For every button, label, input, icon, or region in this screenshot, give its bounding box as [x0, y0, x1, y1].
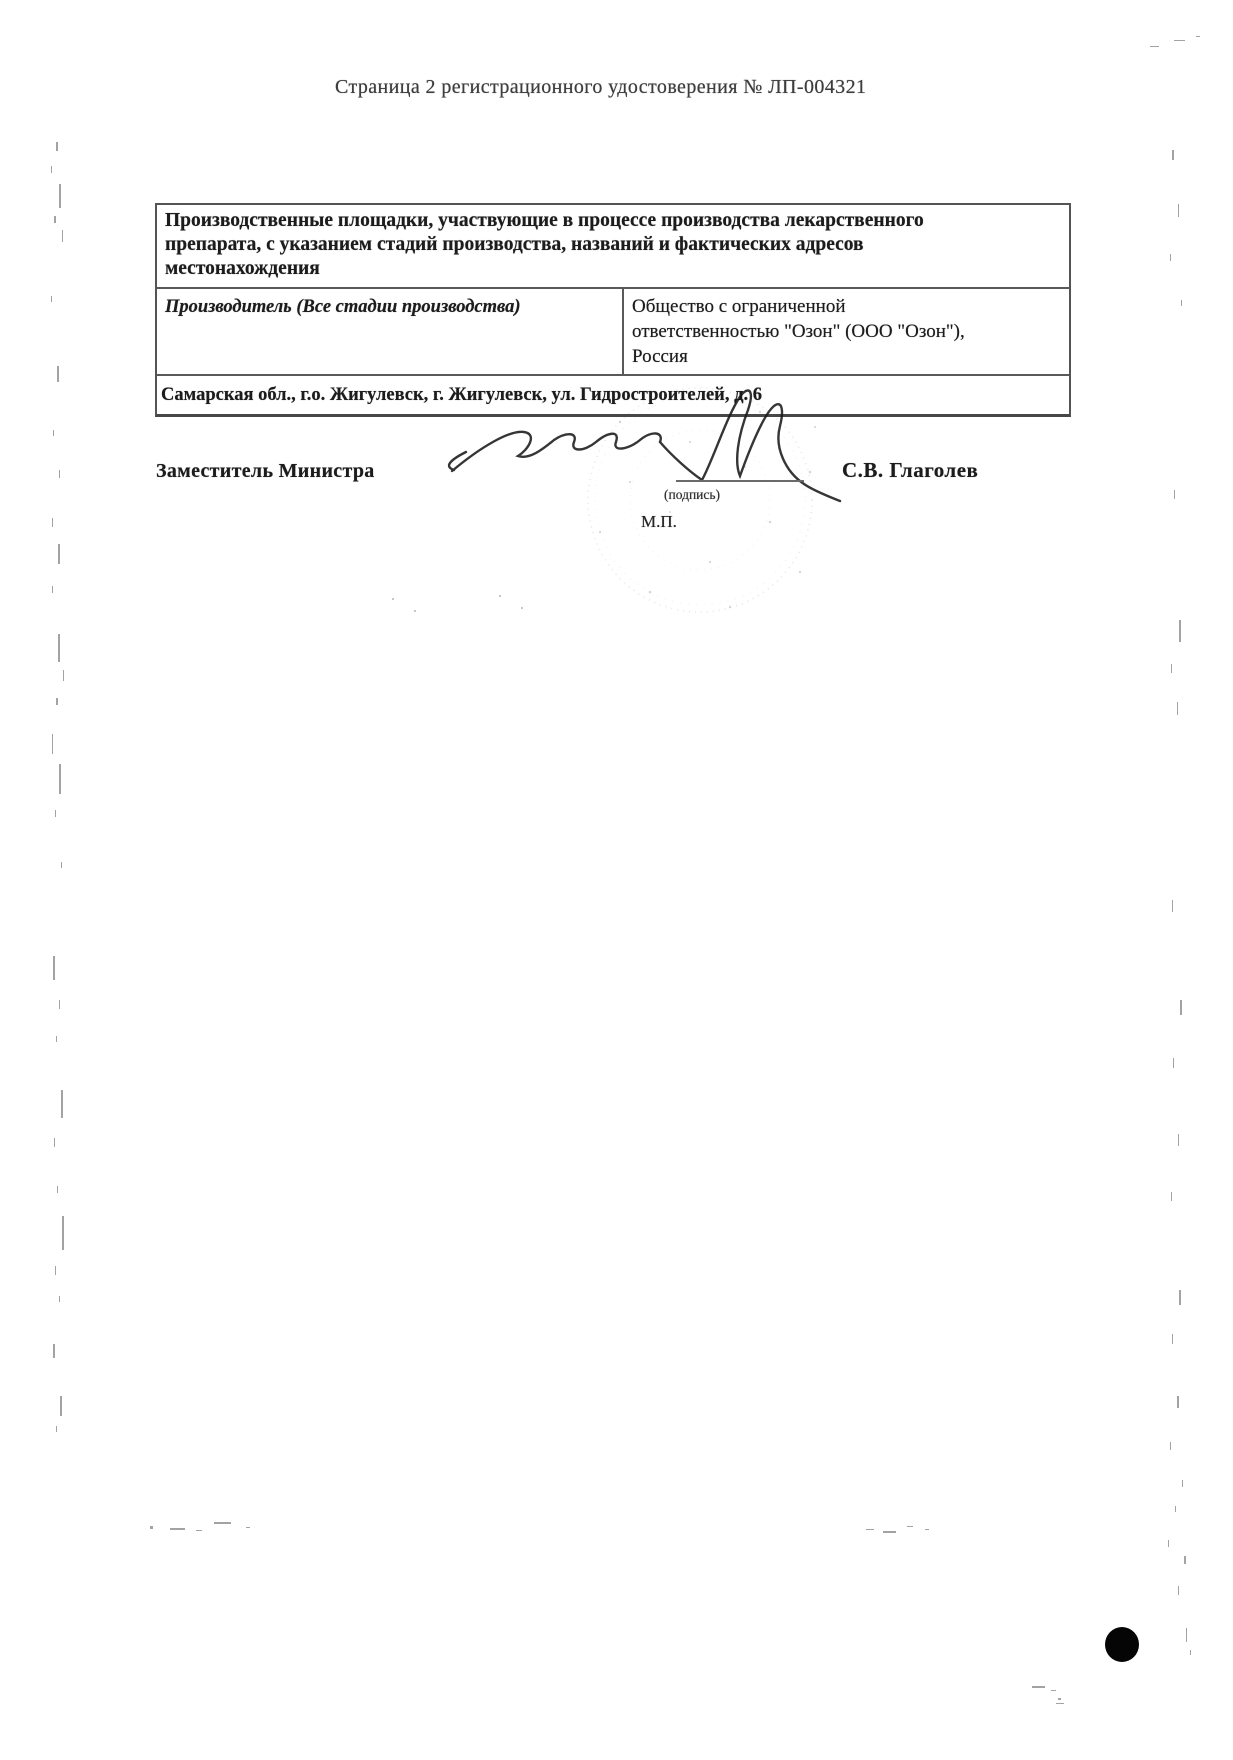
stamp-caption: М.П.: [641, 512, 677, 532]
scan-artifact-mark: [51, 296, 52, 302]
scan-artifact-mark: [170, 1528, 185, 1530]
scan-artifact-mark: [56, 1426, 57, 1432]
scan-artifact-mark: [1178, 204, 1179, 217]
scan-artifact-mark: [57, 1186, 58, 1193]
scan-artifact-mark: [883, 1531, 896, 1533]
scan-artifact-mark: [392, 598, 394, 600]
scan-artifact-mark: [52, 734, 53, 754]
scan-artifact-mark: [58, 544, 60, 564]
scan-artifact-mark: [53, 1344, 55, 1358]
scan-artifact-mark: [52, 518, 53, 527]
scan-artifact-mark: [246, 1527, 250, 1528]
scan-artifact-mark: [1170, 254, 1171, 261]
scan-artifact-mark: [907, 1526, 913, 1527]
scan-artifact-mark: [1175, 1506, 1176, 1512]
scan-artifact-mark: [1186, 1628, 1187, 1642]
scan-artifact-mark: [1180, 1000, 1182, 1015]
scan-artifact-mark: [1179, 620, 1181, 642]
scan-artifact-mark: [1171, 1192, 1172, 1201]
scan-artifact-mark: [866, 1529, 874, 1530]
scan-artifact-mark: [1058, 1698, 1061, 1700]
scan-artifact-mark: [62, 230, 63, 242]
scan-artifact-mark: [214, 1522, 231, 1524]
black-dot-mark: [1105, 1627, 1139, 1662]
page-header: Страница 2 регистрационного удостоверени…: [335, 76, 866, 99]
scan-artifact-mark: [62, 1216, 64, 1250]
scan-artifact-mark: [1174, 490, 1175, 499]
scan-artifact-mark: [1032, 1686, 1045, 1688]
scan-artifact-mark: [1174, 40, 1185, 41]
scan-artifact-mark: [53, 956, 55, 980]
scan-artifact-mark: [196, 1530, 202, 1531]
scan-artifact-mark: [53, 430, 54, 436]
scan-artifact-mark: [54, 216, 56, 223]
table-header-line: препарата, с указанием стадий производст…: [165, 233, 1061, 257]
manufacturer-value-cell: Общество с ограниченной ответственностью…: [624, 289, 1069, 374]
scan-artifact-mark: [1190, 1650, 1191, 1655]
scan-artifact-mark: [925, 1529, 929, 1530]
scan-artifact-mark: [52, 586, 53, 593]
scan-artifact-mark: [56, 698, 58, 705]
scan-artifact-mark: [1172, 1334, 1173, 1344]
manufacturer-row: Производитель (Все стадии производства) …: [157, 289, 1069, 376]
manufacturer-label-cell: Производитель (Все стадии производства): [157, 289, 624, 374]
scan-artifact-mark: [57, 366, 59, 382]
scan-artifact-mark: [414, 610, 416, 612]
scan-artifact-mark: [1177, 702, 1178, 715]
signature-caption: (подпись): [664, 487, 720, 503]
scan-artifact-mark: [59, 184, 61, 208]
scan-artifact-mark: [1172, 900, 1173, 912]
scan-artifact-mark: [1179, 1290, 1181, 1305]
scan-artifact-mark: [55, 810, 56, 817]
scan-artifact-mark: [1184, 1556, 1186, 1564]
scan-artifact-mark: [54, 1138, 55, 1147]
scan-artifact-mark: [1196, 36, 1200, 37]
scan-artifact-mark: [150, 1526, 153, 1529]
scan-artifact-mark: [51, 166, 52, 173]
scan-artifact-mark: [56, 1036, 57, 1042]
scan-artifact-mark: [1177, 1396, 1179, 1408]
scan-artifact-mark: [61, 1090, 63, 1118]
scan-artifact-mark: [1178, 1134, 1179, 1146]
scan-artifact-mark: [1172, 150, 1174, 160]
scan-artifact-mark: [1168, 1540, 1169, 1547]
scan-artifact-mark: [55, 1266, 56, 1275]
signature-scribble: [432, 380, 862, 505]
scan-artifact-mark: [1051, 1690, 1056, 1691]
scan-artifact-mark: [63, 670, 64, 681]
table-header-cell: Производственные площадки, участвующие в…: [157, 205, 1069, 289]
scan-artifact-mark: [59, 470, 60, 478]
scan-artifact-mark: [59, 1000, 60, 1009]
scan-artifact-mark: [1150, 46, 1159, 47]
scan-artifact-mark: [1178, 1586, 1179, 1595]
table-header-line: местонахождения: [165, 257, 1061, 281]
scan-artifact-mark: [59, 1296, 60, 1302]
deputy-minister-title: Заместитель Министра: [156, 460, 375, 483]
scan-artifact-mark: [60, 1396, 62, 1416]
table-header-line: Производственные площадки, участвующие в…: [165, 209, 1061, 233]
manufacturer-value-line: ответственностью "Озон" (ООО "Озон"),: [632, 319, 1061, 344]
scan-artifact-mark: [499, 595, 501, 597]
scan-artifact-mark: [1181, 300, 1182, 306]
scan-artifact-mark: [1171, 664, 1172, 673]
scanned-document-page: Страница 2 регистрационного удостоверени…: [0, 0, 1233, 1760]
scan-artifact-mark: [61, 862, 62, 868]
scan-artifact-mark: [1182, 1480, 1183, 1487]
scan-artifact-mark: [58, 634, 60, 662]
scan-artifact-mark: [1056, 1703, 1064, 1704]
signer-name: С.В. Глаголев: [842, 458, 978, 483]
scan-artifact-mark: [56, 142, 58, 151]
manufacturer-value-line: Россия: [632, 344, 1061, 369]
scan-artifact-mark: [1170, 1442, 1171, 1450]
manufacturer-value-line: Общество с ограниченной: [632, 294, 1061, 319]
scan-artifact-mark: [59, 764, 61, 794]
signature-line: [676, 480, 804, 482]
scan-artifact-mark: [1173, 1058, 1174, 1068]
scan-artifact-mark: [521, 607, 523, 609]
